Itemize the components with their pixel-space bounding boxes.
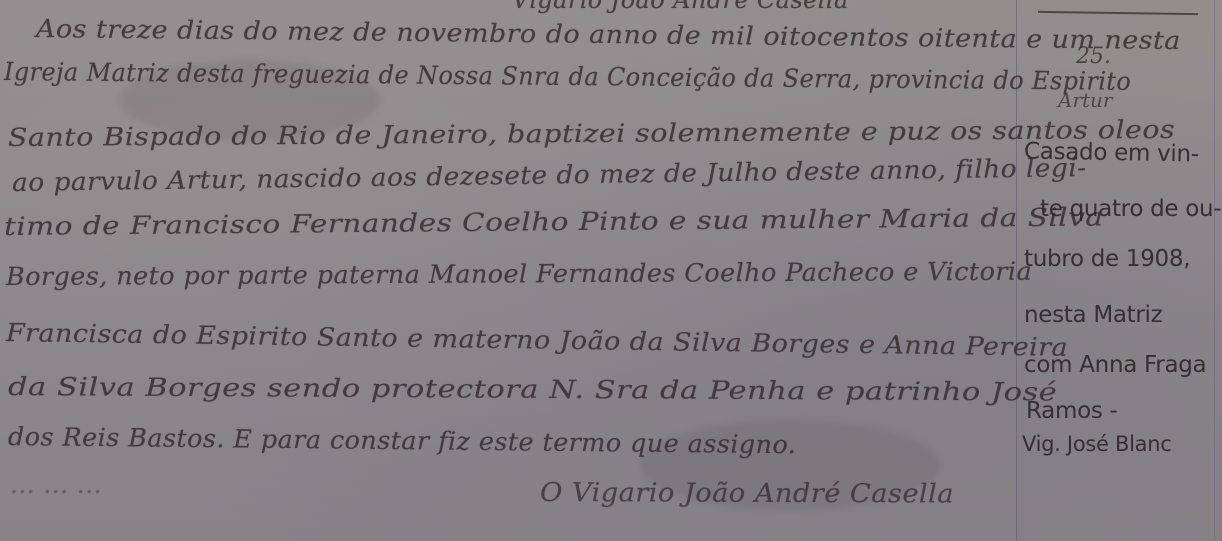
marriage-note-line-3: tubro de 1908, (1024, 246, 1190, 272)
entry-line-2: Igreja Matriz desta freguezia de Nossa S… (4, 57, 1131, 96)
register-page: Vigario João André Casella Aos treze dia… (0, 0, 1222, 541)
previous-entry-signature: Vigario João André Casella (512, 0, 849, 14)
marriage-note-line-5: com Anna Fraga (1024, 352, 1206, 378)
faint-bottom-fragment: ... ... ... (10, 470, 102, 499)
entry-line-5: timo de Francisco Fernandes Coelho Pinto… (4, 202, 1104, 241)
marriage-note-line-2: te quatro de ou- (1040, 196, 1221, 222)
entry-line-1: Aos treze dias do mez de novembro do ann… (36, 14, 1181, 55)
entry-line-6: Borges, neto por parte paterna Manoel Fe… (6, 257, 1032, 291)
entry-line-4: ao parvulo Artur, nascido aos dezesete d… (12, 153, 1087, 197)
priest-signature: O Vigario João André Casella (540, 478, 954, 509)
entry-line-8: da Silva Borges sendo protectora N. Sra … (8, 372, 1057, 406)
margin-annotations: 25. Artur Casado em vin- te quatro de ou… (1020, 0, 1220, 541)
entry-body: Vigario João André Casella Aos treze dia… (0, 0, 1010, 541)
entry-line-7: Francisca do Espirito Santo e materno Jo… (6, 318, 1068, 362)
margin-child-name: Artur (1058, 88, 1112, 112)
marriage-note-signature: Vig. José Blanc (1022, 432, 1171, 456)
marriage-note-line-4: nesta Matriz (1024, 302, 1162, 328)
record-number: 25. (1076, 44, 1111, 69)
marriage-note-line-1: Casado em vin- (1024, 138, 1199, 167)
entry-line-9: dos Reis Bastos. E para constar fiz este… (8, 422, 797, 459)
entry-line-3: Santo Bispado do Rio de Janeiro, baptize… (8, 115, 1175, 152)
marriage-note-line-6: Ramos - (1026, 398, 1118, 424)
